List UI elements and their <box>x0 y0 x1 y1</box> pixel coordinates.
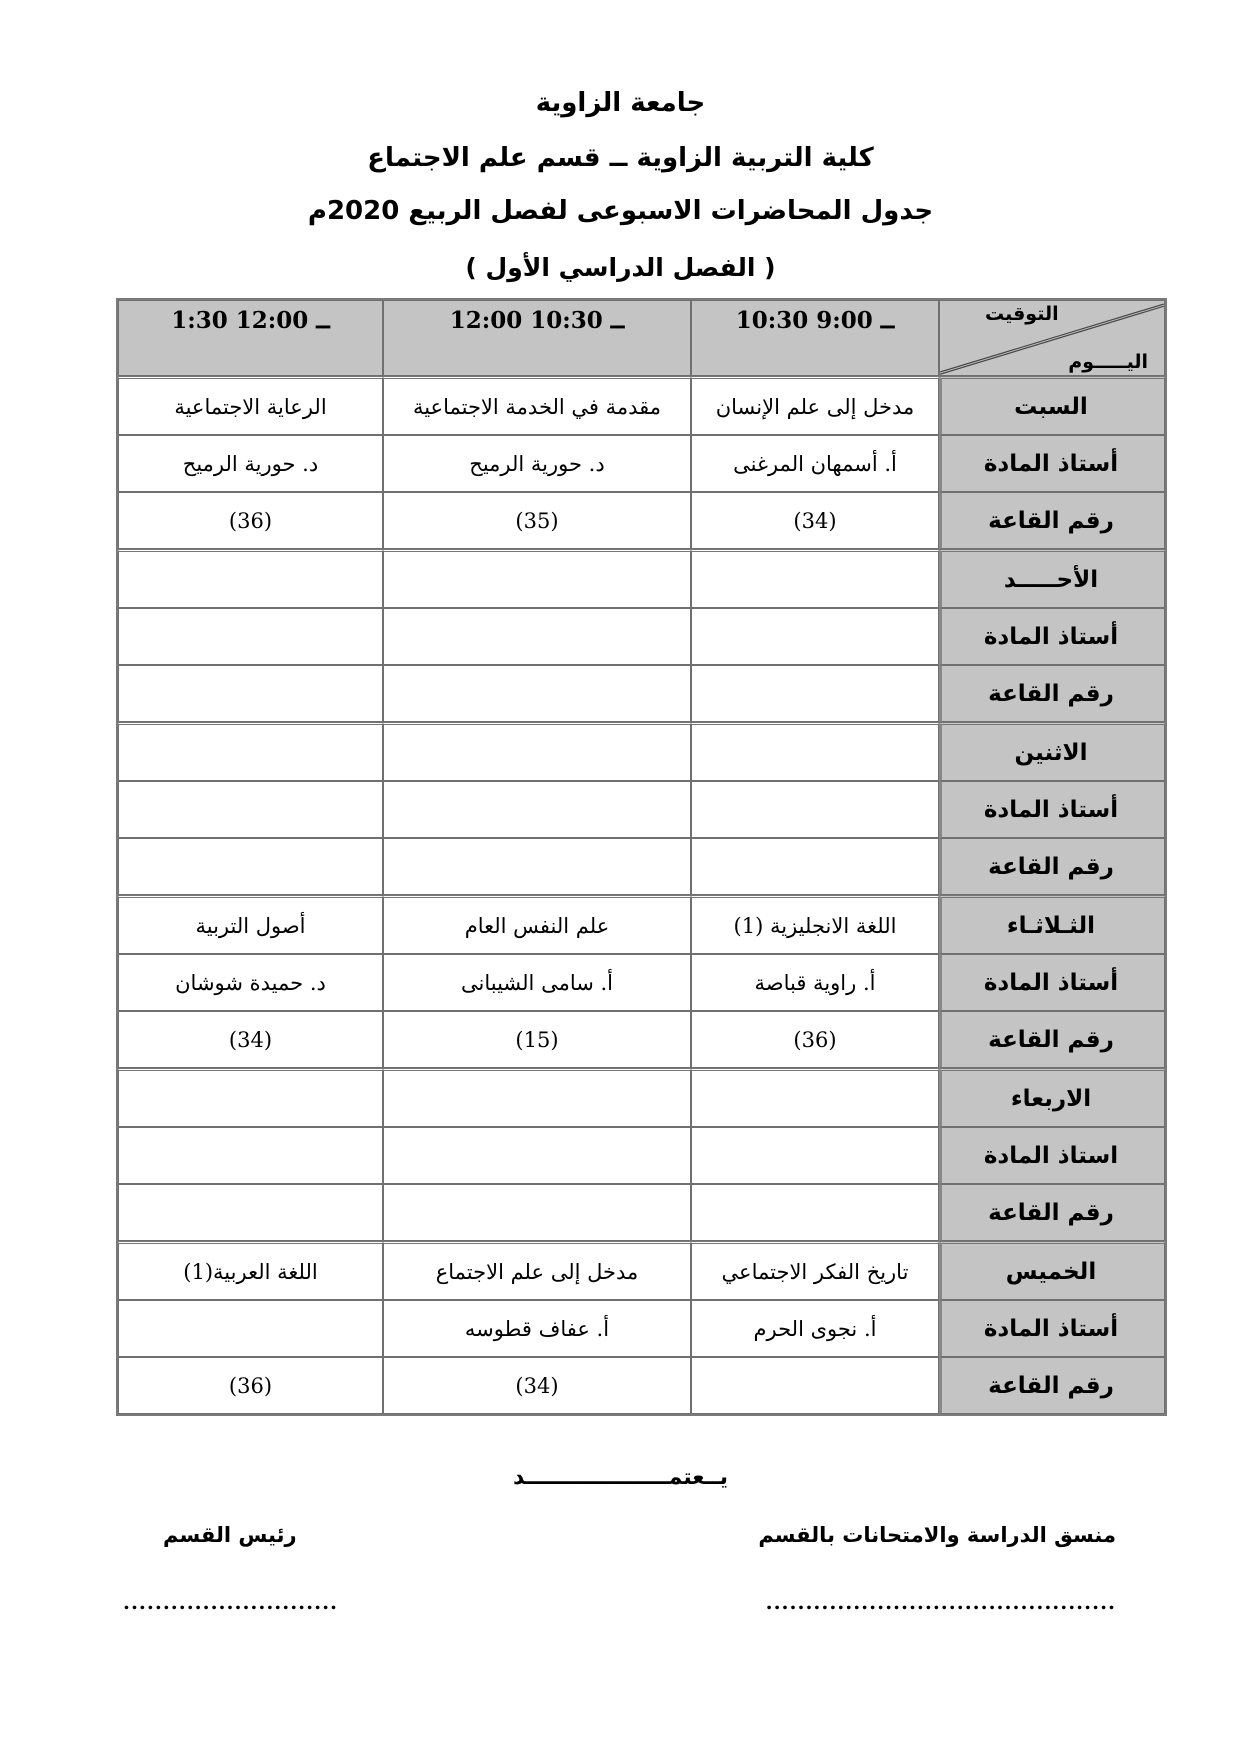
row-label: أستاذ المادة <box>939 435 1165 492</box>
cell: الرعاية الاجتماعية <box>118 376 383 435</box>
cell <box>383 1068 691 1127</box>
schedule-table: 1:30 ــ 12:00 12:00 ــ 10:30 10:30 ــ 9:… <box>116 298 1167 1416</box>
row-label: أستاذ المادة <box>939 954 1165 1011</box>
cell: أ. سامى الشيبانى <box>383 954 691 1011</box>
cell <box>118 608 383 665</box>
row-label: الأحـــــد <box>939 549 1165 608</box>
time-slot-2: 12:00 ــ 10:30 <box>383 300 691 376</box>
cell: د. حورية الرميح <box>383 435 691 492</box>
cell <box>118 781 383 838</box>
table-row: رقم القاعة <box>118 838 1165 895</box>
cell <box>118 1068 383 1127</box>
cell: أ. عفاف قطوسه <box>383 1300 691 1357</box>
table-row: (34)(15)(36)رقم القاعة <box>118 1011 1165 1068</box>
faculty-department: كلية التربية الزاوية ــ قسم علم الاجتماع <box>0 143 1241 173</box>
table-header-row: 1:30 ــ 12:00 12:00 ــ 10:30 10:30 ــ 9:… <box>118 300 1165 376</box>
cell <box>691 722 939 781</box>
cell: (36) <box>118 1357 383 1414</box>
cell: (34) <box>691 492 939 549</box>
cell <box>691 1357 939 1414</box>
row-label: رقم القاعة <box>939 1184 1165 1241</box>
cell: مقدمة في الخدمة الاجتماعية <box>383 376 691 435</box>
cell: اللغة العربية(1) <box>118 1241 383 1300</box>
cell <box>383 781 691 838</box>
cell <box>118 1127 383 1184</box>
cell: أصول التربية <box>118 895 383 954</box>
cell <box>383 1127 691 1184</box>
cell <box>383 1184 691 1241</box>
table-row: رقم القاعة <box>118 665 1165 722</box>
table-row: أستاذ المادة <box>118 608 1165 665</box>
cell: (34) <box>383 1357 691 1414</box>
table-row: د. حورية الرميحد. حورية الرميحأ. أسمهان … <box>118 435 1165 492</box>
coordinator-signature-line: ........................................… <box>766 1590 1116 1614</box>
cell <box>383 665 691 722</box>
table-row: الاربعاء <box>118 1068 1165 1127</box>
cell: د. حورية الرميح <box>118 435 383 492</box>
cell: علم النفس العام <box>383 895 691 954</box>
row-label: رقم القاعة <box>939 1357 1165 1414</box>
row-label: رقم القاعة <box>939 665 1165 722</box>
row-label: الثـلاثـاء <box>939 895 1165 954</box>
schedule-title: جدول المحاضرات الاسبوعى لفصل الربيع 2020… <box>0 196 1241 226</box>
cell <box>383 722 691 781</box>
cell <box>118 722 383 781</box>
cell: أ. راوية قباصة <box>691 954 939 1011</box>
cell <box>691 665 939 722</box>
cell <box>383 608 691 665</box>
cell <box>118 838 383 895</box>
department-head-signature-label: رئيس القسم <box>163 1523 297 1547</box>
row-label: أستاذ المادة <box>939 1300 1165 1357</box>
cell <box>691 1068 939 1127</box>
cell: مدخل إلى علم الاجتماع <box>383 1241 691 1300</box>
cell: (35) <box>383 492 691 549</box>
cell: (34) <box>118 1011 383 1068</box>
row-label: أستاذ المادة <box>939 781 1165 838</box>
cell: (36) <box>118 492 383 549</box>
cell <box>383 838 691 895</box>
cell: (15) <box>383 1011 691 1068</box>
corner-time-label: التوقيت <box>985 303 1059 325</box>
table-row: د. حميدة شوشانأ. سامى الشيبانىأ. راوية ق… <box>118 954 1165 1011</box>
cell: مدخل إلى علم الإنسان <box>691 376 939 435</box>
cell <box>691 781 939 838</box>
university-name: جامعة الزاوية <box>0 88 1241 118</box>
cell <box>118 1300 383 1357</box>
table-row: رقم القاعة <box>118 1184 1165 1241</box>
cell: أ. أسمهان المرغنى <box>691 435 939 492</box>
cell: د. حميدة شوشان <box>118 954 383 1011</box>
time-slot-3: 1:30 ــ 12:00 <box>118 300 383 376</box>
table-row: أستاذ المادة <box>118 781 1165 838</box>
row-label: السبت <box>939 376 1165 435</box>
cell <box>118 665 383 722</box>
row-label: الاثنين <box>939 722 1165 781</box>
table-row: (36)(34)رقم القاعة <box>118 1357 1165 1414</box>
time-slot-1: 10:30 ــ 9:00 <box>691 300 939 376</box>
approval-label: يــعتمـــــــــــــــــــد <box>0 1465 1241 1490</box>
row-label: رقم القاعة <box>939 838 1165 895</box>
table-row: أ. عفاف قطوسهأ. نجوى الحرمأستاذ المادة <box>118 1300 1165 1357</box>
row-label: استاذ المادة <box>939 1127 1165 1184</box>
cell <box>691 1127 939 1184</box>
table-row: الأحـــــد <box>118 549 1165 608</box>
table-row: اللغة العربية(1)مدخل إلى علم الاجتماعتار… <box>118 1241 1165 1300</box>
cell <box>691 838 939 895</box>
coordinator-signature-label: منسق الدراسة والامتحانات بالقسم <box>758 1523 1116 1547</box>
row-label: الخميس <box>939 1241 1165 1300</box>
table-row: استاذ المادة <box>118 1127 1165 1184</box>
row-label: الاربعاء <box>939 1068 1165 1127</box>
cell <box>691 549 939 608</box>
table-row: (36)(35)(34)رقم القاعة <box>118 492 1165 549</box>
row-label: رقم القاعة <box>939 1011 1165 1068</box>
cell <box>118 1184 383 1241</box>
semester-label: ( الفصل الدراسي الأول ) <box>0 253 1241 282</box>
table-row: الاثنين <box>118 722 1165 781</box>
cell: (36) <box>691 1011 939 1068</box>
header-corner: التوقيت اليـــــوم <box>939 300 1165 376</box>
table-row: الرعاية الاجتماعيةمقدمة في الخدمة الاجتم… <box>118 376 1165 435</box>
cell: أ. نجوى الحرم <box>691 1300 939 1357</box>
cell <box>691 1184 939 1241</box>
row-label: أستاذ المادة <box>939 608 1165 665</box>
cell: اللغة الانجليزية (1) <box>691 895 939 954</box>
cell <box>691 608 939 665</box>
cell <box>383 549 691 608</box>
table-row: أصول التربيةعلم النفس العاماللغة الانجلي… <box>118 895 1165 954</box>
department-head-signature-line: ........................... <box>123 1590 338 1614</box>
cell <box>118 549 383 608</box>
corner-day-label: اليـــــوم <box>1068 351 1148 373</box>
cell: تاريخ الفكر الاجتماعي <box>691 1241 939 1300</box>
row-label: رقم القاعة <box>939 492 1165 549</box>
